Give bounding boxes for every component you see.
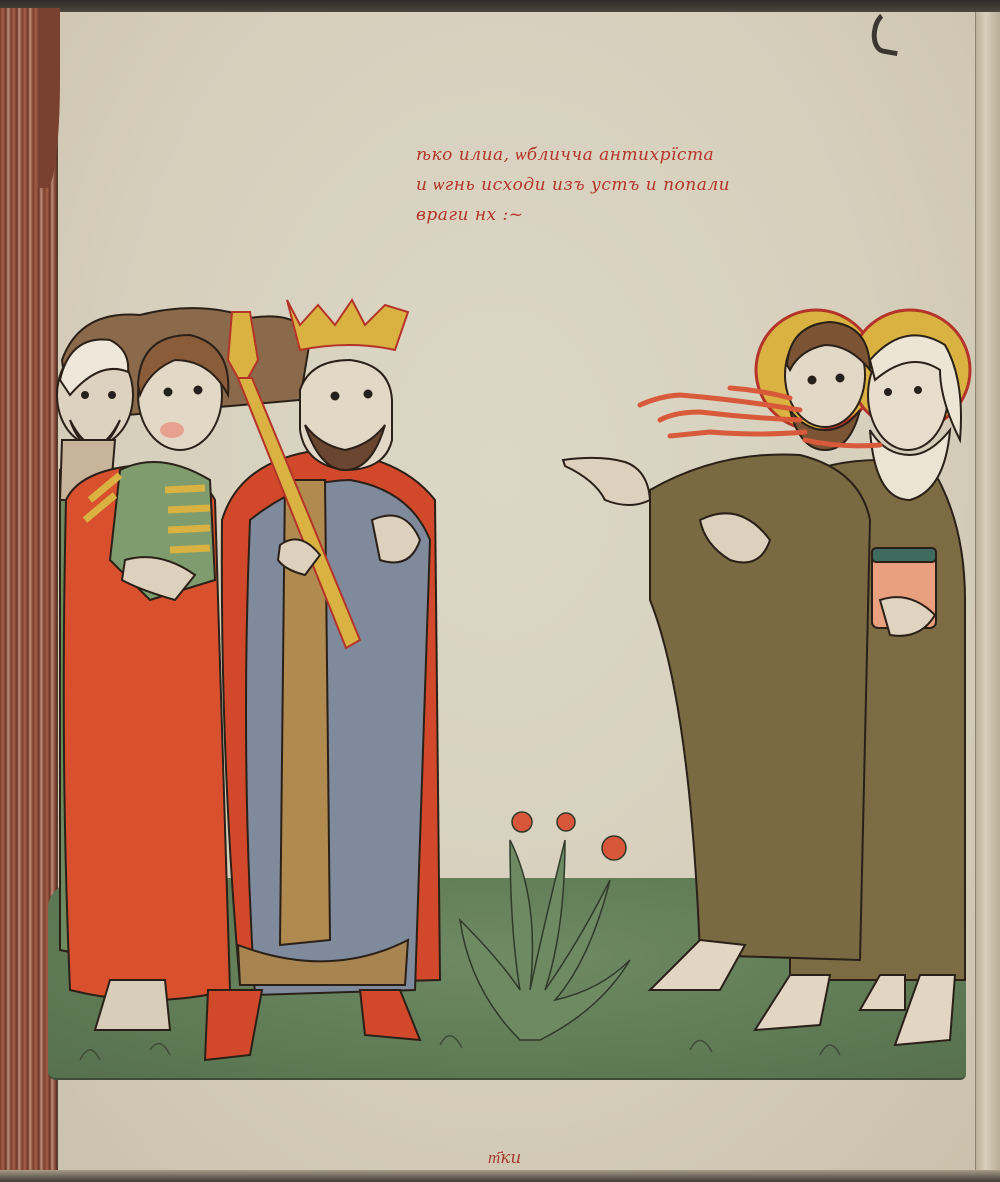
pointing-hand: [563, 458, 650, 505]
illustration: [0, 0, 1000, 1182]
crowned-king-figure: [205, 300, 440, 1060]
manuscript-page: ѣко илиа, ѡбличча антихрїста и ѡгнь исхо…: [0, 0, 1000, 1182]
flowering-plant: [460, 812, 630, 1040]
grass-tufts: [80, 1036, 840, 1060]
page-number: т҃ки: [488, 1148, 521, 1168]
